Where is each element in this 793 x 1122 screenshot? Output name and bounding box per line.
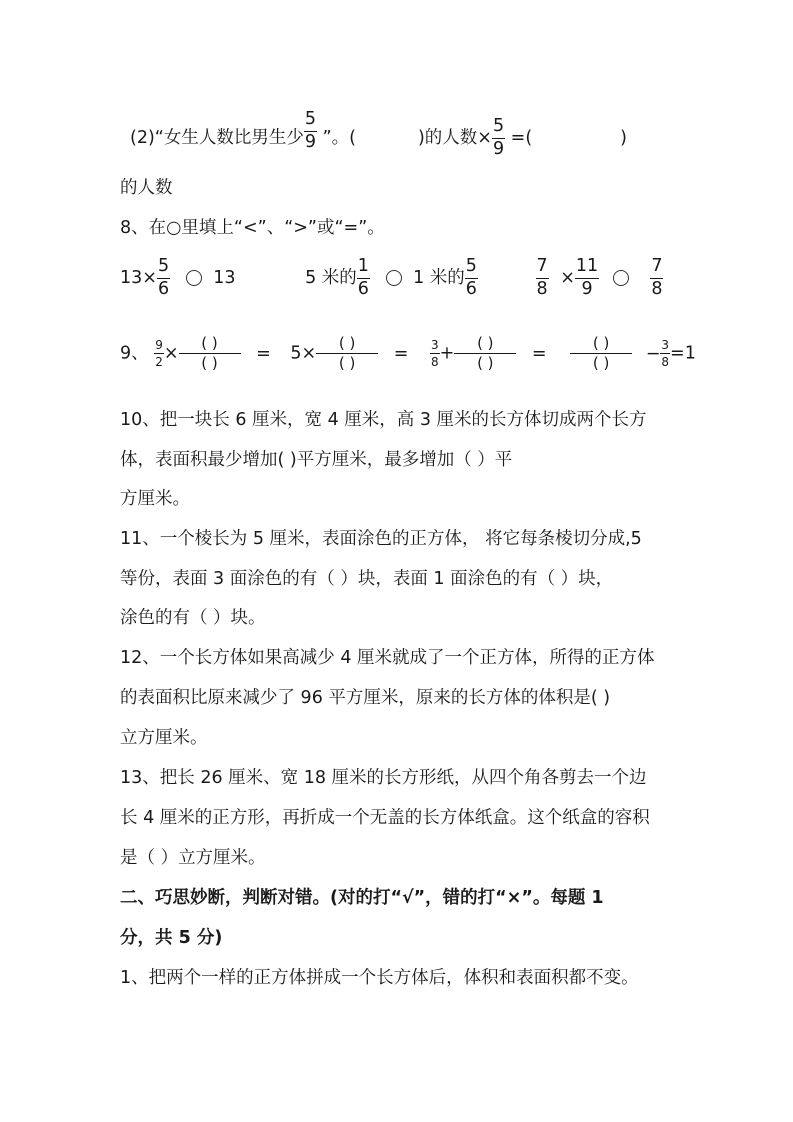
fraction-5-6: 56 [157,258,170,298]
question-11-line3: 涂色的有（ ）块。 [120,606,266,630]
question-11-line1: 11、一个棱长为 5 厘米，表面涂色的正方体， 将它每条棱切分成,5 [120,527,642,551]
fraction-5-6-b: 56 [465,258,478,298]
question-8-title: 8、在○里填上“<”、“>”或“=”。 [120,216,385,240]
fraction-9-2: 92 [154,339,164,368]
section-2-heading-line2: 分，共 5 分) [120,926,222,950]
question-12-line2: 的表面积比原来减少了 96 平方厘米，原来的长方体的体积是( ) [120,686,610,710]
fraction-3-8: 38 [430,339,440,368]
blank-fraction-1[interactable]: ( )( ) [179,336,241,371]
fraction-11-9: 119 [575,258,599,298]
fraction-3-8-b: 38 [660,339,670,368]
blank-fraction-2[interactable]: ( )( ) [316,336,378,371]
question-13-line3: 是（ ）立方厘米。 [120,846,266,870]
question-10-line1: 10、把一块长 6 厘米，宽 4 厘米，高 3 厘米的长方体切成两个长方 [120,408,647,432]
section-2-heading-line1: 二、巧思妙断，判断对错。(对的打“√”，错的打“×”。每题 1 [120,886,604,910]
blank-fraction-3[interactable]: ( )( ) [454,336,516,371]
question-10-line3: 方厘米。 [120,487,190,511]
section-2-question-1: 1、把两个一样的正方体拼成一个长方体后，体积和表面积都不变。 [120,966,639,990]
question-13-line1: 13、把长 26 厘米、宽 18 厘米的长方形纸，从四个角各剪去一个边 [120,766,647,790]
compare-circle-1[interactable] [186,270,202,286]
compare-circle-3[interactable] [613,270,629,286]
q8-item-1: 13×56 13 [120,268,241,288]
question-8-items: 13×56 13 5 米的16 1 米的56 78 ×119 78 [120,258,663,298]
question-12-line1: 12、一个长方体如果高减少 4 厘米就成了一个正方体，所得的正方体 [120,646,655,670]
question-13-line2: 长 4 厘米的正方形，再折成一个无盖的长方体纸盒。这个纸盒的容积 [120,806,650,830]
q8-item-3: 78 ×119 78 [536,268,664,288]
fraction-5-9-b: 59 [492,118,505,158]
question-7-2-line2: 的人数 [120,176,173,200]
question-9: 9、 92×( )( ) = 5×( )( ) = 38+( )( ) = ( … [120,336,696,371]
fraction-7-8-b: 78 [650,258,663,298]
q7-prefix: (2)“女生人数比男生少 [130,128,304,148]
q8-item-2: 5 米的16 1 米的56 [305,268,483,288]
fraction-1-6: 16 [357,258,370,298]
question-11-line2: 等份，表面 3 面涂色的有（ ）块，表面 1 面涂色的有（ ）块， [120,567,613,591]
question-10-line2: 体，表面积最少增加( )平方厘米，最多增加（ ）平 [120,448,512,472]
compare-circle-2[interactable] [386,270,402,286]
question-12-line3: 立方厘米。 [120,726,208,750]
fraction-5-9: 59 [304,111,317,151]
question-7-2-line1: (2)“女生人数比男生少59 ”。()的人数×59 =() [130,118,627,158]
fraction-7-8: 78 [536,258,549,298]
blank-fraction-4[interactable]: ( )( ) [570,336,632,371]
